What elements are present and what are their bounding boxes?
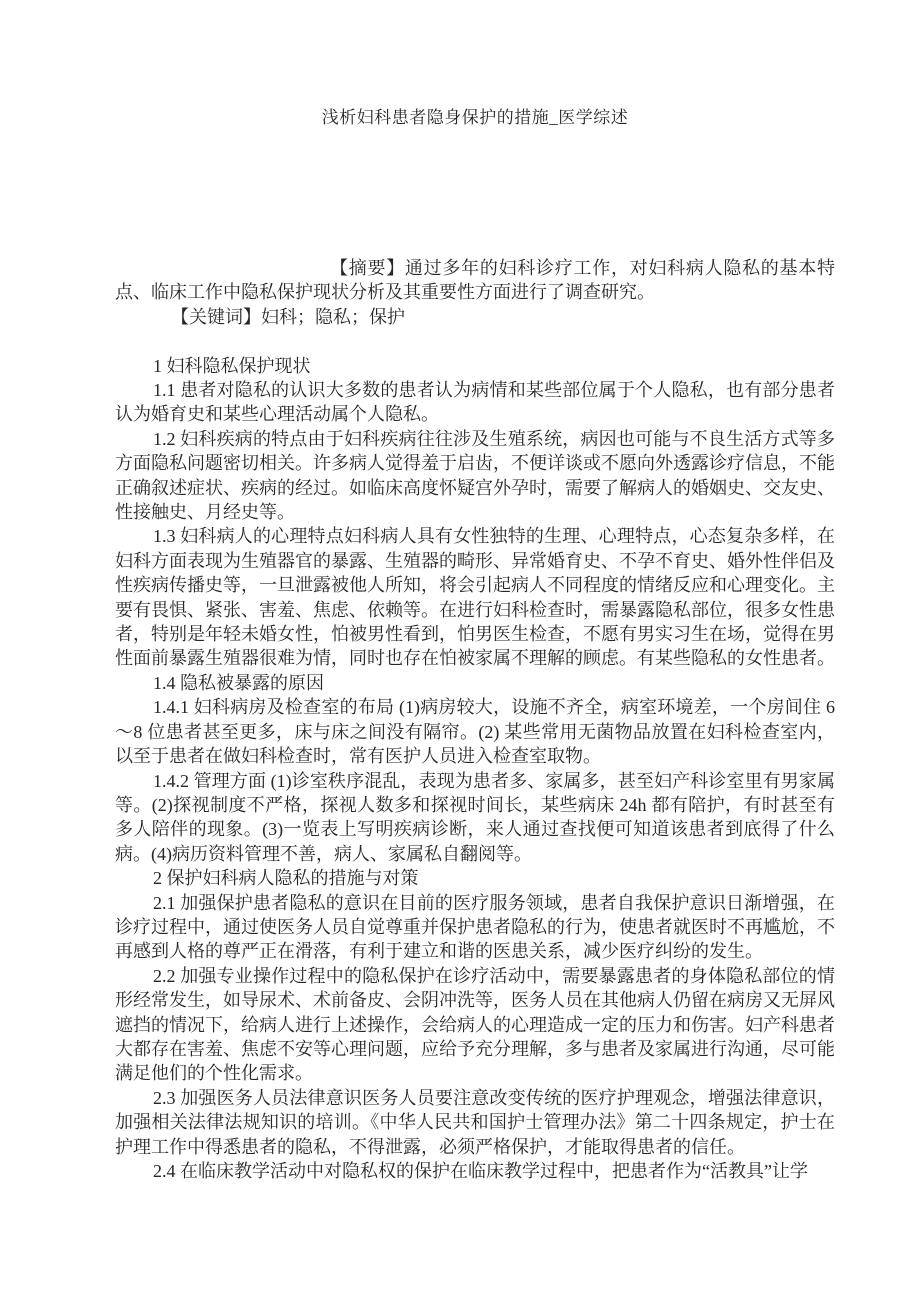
abstract-paragraph: 【摘要】通过多年的妇科诊疗工作，对妇科病人隐私的基本特点、临床工作中隐私保护现状… bbox=[115, 256, 835, 305]
paragraph-1-1: 1.1 患者对隐私的认识大多数的患者认为病情和某些部位属于个人隐私，也有部分患者… bbox=[115, 378, 835, 427]
paragraph-1-3: 1.3 妇科病人的心理特点妇科病人具有女性独特的生理、心理特点，心态复杂多样，在… bbox=[115, 524, 835, 670]
paragraph-2-4: 2.4 在临床教学活动中对隐私权的保护在临床教学过程中，把患者作为“活教具”让学 bbox=[115, 1159, 835, 1183]
paragraph-1-4: 1.4 隐私被暴露的原因 bbox=[115, 671, 835, 695]
section-heading-1: 1 妇科隐私保护现状 bbox=[115, 354, 835, 378]
document-content: 浅析妇科患者隐身保护的措施_医学综述 【摘要】通过多年的妇科诊疗工作，对妇科病人… bbox=[115, 0, 835, 1183]
keywords-paragraph: 【关键词】妇科；隐私；保护 bbox=[115, 305, 835, 329]
document-page: 浅析妇科患者隐身保护的措施_医学综述 【摘要】通过多年的妇科诊疗工作，对妇科病人… bbox=[0, 0, 920, 1302]
paragraph-2-3: 2.3 加强医务人员法律意识医务人员要注意改变传统的医疗护理观念，增强法律意识，… bbox=[115, 1086, 835, 1159]
paragraph-2-2: 2.2 加强专业操作过程中的隐私保护在诊疗活动中，需要暴露患者的身体隐私部位的情… bbox=[115, 964, 835, 1086]
document-title: 浅析妇科患者隐身保护的措施_医学综述 bbox=[115, 106, 835, 130]
paragraph-1-4-1: 1.4.1 妇科病房及检查室的布局 (1)病房较大，设施不齐全，病室环境差，一个… bbox=[115, 695, 835, 768]
section-heading-2: 2 保护妇科病人隐私的措施与对策 bbox=[115, 866, 835, 890]
paragraph-2-1: 2.1 加强保护患者隐私的意识在目前的医疗服务领域，患者自我保护意识日渐增强，在… bbox=[115, 891, 835, 964]
paragraph-1-2: 1.2 妇科疾病的特点由于妇科疾病往往涉及生殖系统，病因也可能与不良生活方式等多… bbox=[115, 427, 835, 525]
paragraph-1-4-2: 1.4.2 管理方面 (1)诊室秩序混乱，表现为患者多、家属多，甚至妇产科诊室里… bbox=[115, 769, 835, 867]
